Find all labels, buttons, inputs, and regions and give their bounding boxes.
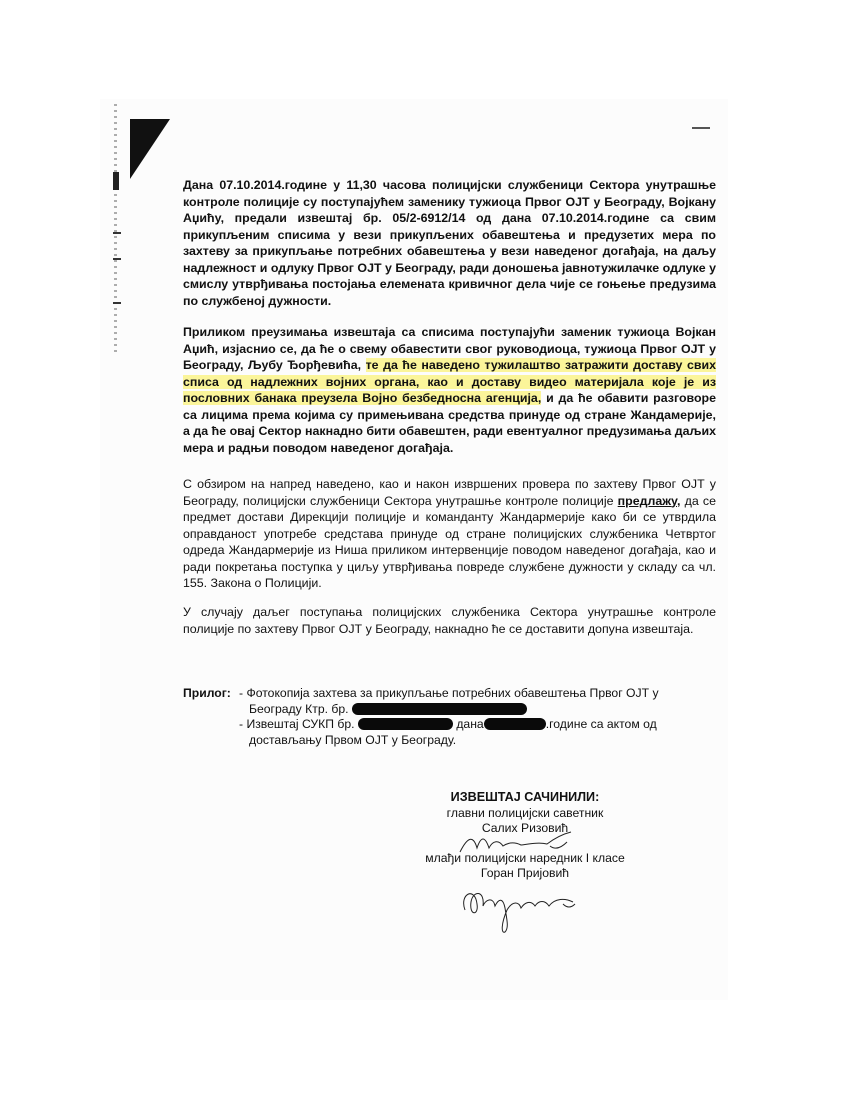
signer-rank: главни полицијски саветник (400, 806, 650, 822)
signature-title: ИЗВЕШТАЈ САЧИНИЛИ: (400, 790, 650, 806)
scan-edge-artifact (113, 258, 121, 260)
scan-mark (692, 127, 710, 129)
handwritten-signature (455, 830, 575, 858)
paragraph-followup: У случају даљег поступања полицијских сл… (183, 604, 716, 637)
paragraph-report-handover: Дана 07.10.2014.године у 11,30 часова по… (183, 177, 716, 309)
redaction-mark (358, 718, 453, 730)
attachments-label: Прилог: (183, 686, 231, 702)
paragraph-proposal: С обзиром на напред наведено, као и нако… (183, 476, 716, 592)
attachments-section: Прилог: - Фотокопија захтева за прикупља… (183, 686, 703, 748)
attachment-text: - Извештај СУКП бр. (239, 717, 355, 731)
attachment-text: дана (456, 717, 483, 731)
underlined-keyword: предлажу, (618, 494, 681, 508)
attachment-item: - Фотокопија захтева за прикупљање потре… (239, 686, 703, 717)
scan-edge-artifact (114, 104, 117, 354)
scan-edge-artifact (113, 302, 121, 304)
paragraph-prosecutor-statement: Приликом преузимања извештаја са списима… (183, 324, 716, 456)
redaction-mark (352, 703, 527, 715)
scan-edge-artifact (113, 232, 121, 234)
scan-edge-artifact (113, 172, 119, 190)
handwritten-signature (455, 880, 585, 935)
redaction-mark (484, 718, 546, 730)
attachment-item: - Извештај СУКП бр. дана.године са актом… (239, 717, 703, 748)
